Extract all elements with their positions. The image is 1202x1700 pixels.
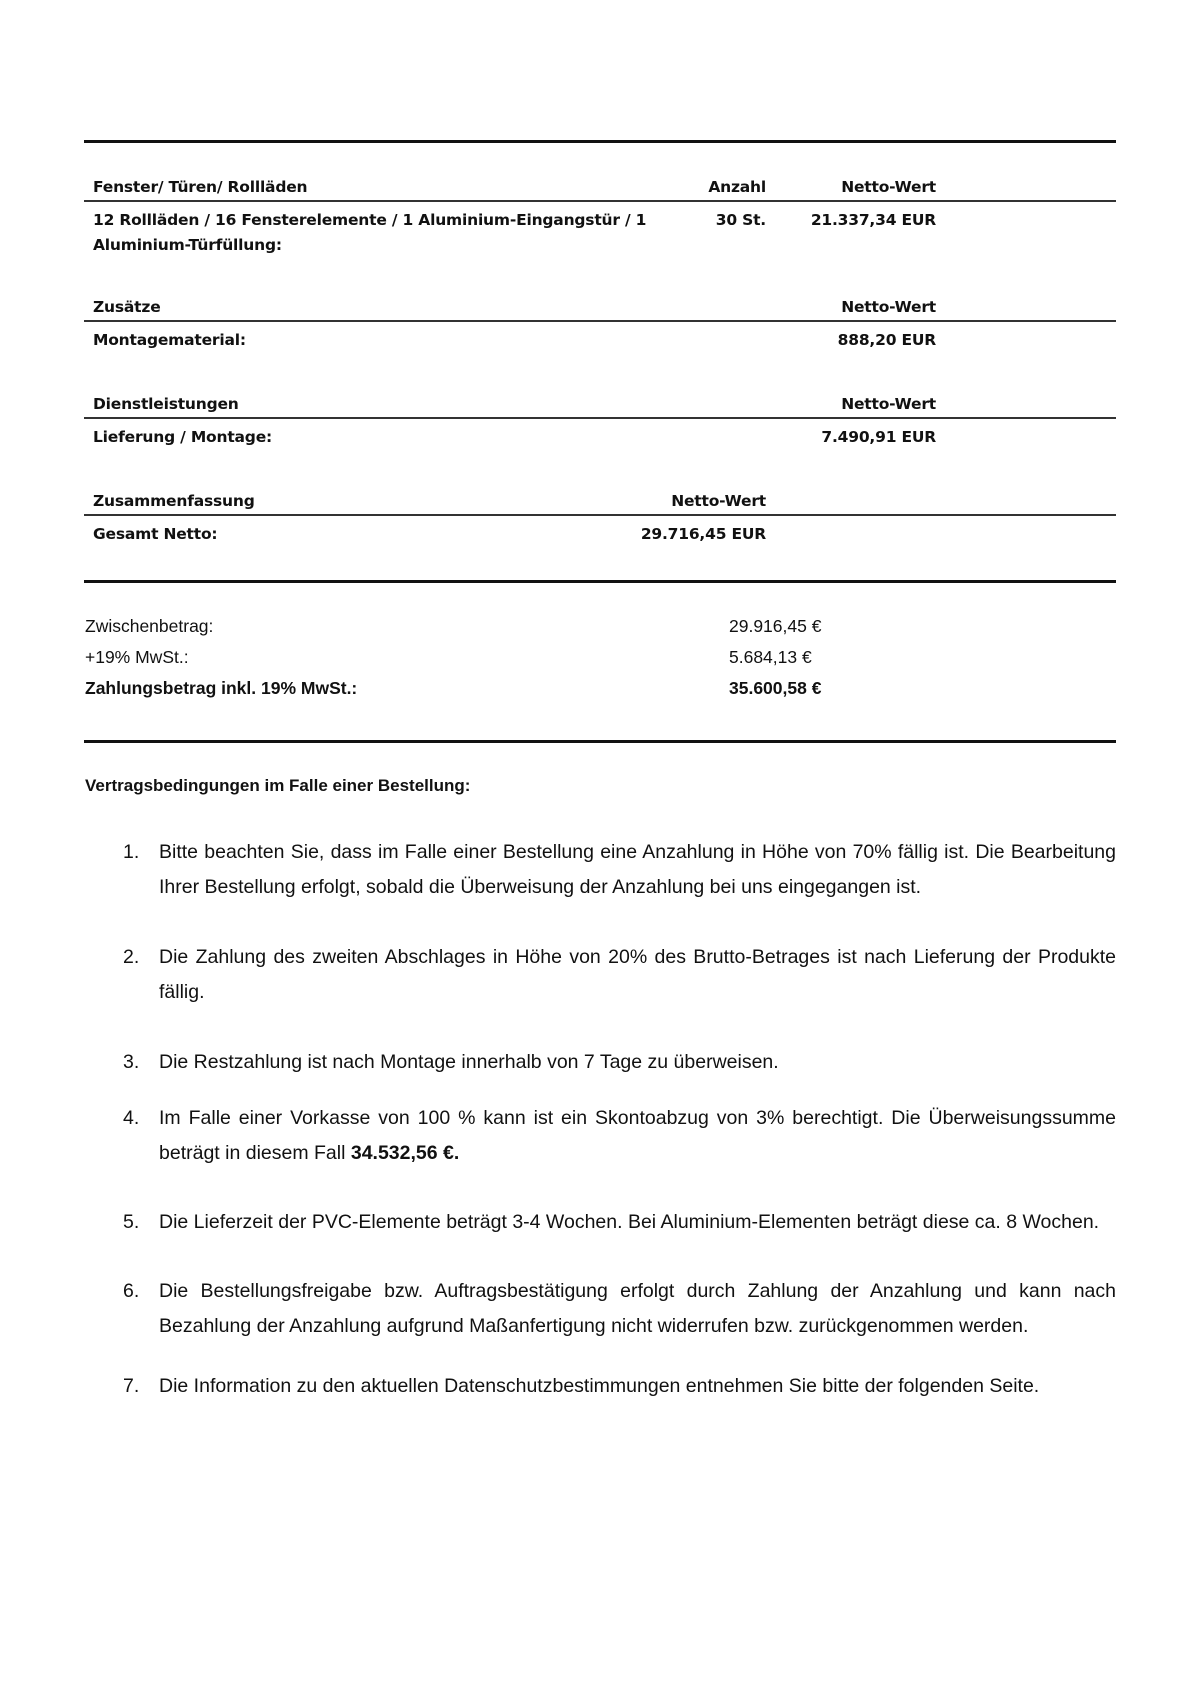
terms-item-text: Die Bestellungsfreigabe bzw. Auftragsbes… — [159, 1274, 1116, 1344]
extras-header-label: Zusätze — [93, 298, 161, 316]
terms-item-text: Die Lieferzeit der PVC-Elemente beträgt … — [159, 1205, 1116, 1240]
terms-item-text: Die Zahlung des zweiten Abschlages in Hö… — [159, 940, 1116, 1010]
products-header-label: Fenster/ Türen/ Rollläden — [93, 178, 307, 196]
total-value: 35.600,58 € — [729, 678, 821, 699]
summary-item-value: 29.716,45 EUR — [600, 525, 766, 543]
products-value-header: Netto-Wert — [770, 178, 936, 196]
products-item-qty: 30 St. — [600, 211, 766, 229]
terms-item-number: 6. — [123, 1274, 139, 1309]
terms-item-text: Im Falle einer Vorkasse von 100 % kann i… — [159, 1101, 1116, 1171]
subtotal-value: 29.916,45 € — [729, 616, 821, 637]
products-item-label-line1: 12 Rollläden / 16 Fensterelemente / 1 Al… — [93, 211, 646, 229]
products-item-value: 21.337,34 EUR — [770, 211, 936, 229]
extras-item-value: 888,20 EUR — [770, 331, 936, 349]
vat-label: +19% MwSt.: — [85, 647, 189, 668]
terms-item-text: Die Restzahlung ist nach Montage innerha… — [159, 1045, 1116, 1080]
subtotal-label: Zwischenbetrag: — [85, 616, 213, 637]
products-header-rule — [84, 200, 1116, 202]
terms-item-text: Bitte beachten Sie, dass im Falle einer … — [159, 835, 1116, 905]
total-label: Zahlungsbetrag inkl. 19% MwSt.: — [85, 678, 357, 699]
terms-item-number: 3. — [123, 1045, 139, 1080]
summary-header-label: Zusammenfassung — [93, 492, 255, 510]
services-header-label: Dienstleistungen — [93, 395, 239, 413]
terms-item-number: 7. — [123, 1369, 139, 1404]
extras-value-header: Netto-Wert — [770, 298, 936, 316]
top-divider — [84, 140, 1116, 143]
summary-item-label: Gesamt Netto: — [93, 525, 217, 543]
terms-heading: Vertragsbedingungen im Falle einer Beste… — [85, 776, 470, 796]
summary-value-header: Netto-Wert — [600, 492, 766, 510]
extras-item-label: Montagematerial: — [93, 331, 246, 349]
products-qty-header: Anzahl — [600, 178, 766, 196]
terms-item-text-main: Im Falle einer Vorkasse von 100 % kann i… — [159, 1107, 1116, 1164]
totals-bottom-divider — [84, 740, 1116, 743]
services-value-header: Netto-Wert — [770, 395, 936, 413]
discount-amount: 34.532,56 €. — [351, 1142, 459, 1164]
totals-top-divider — [84, 580, 1116, 583]
extras-header-rule — [84, 320, 1116, 322]
vat-value: 5.684,13 € — [729, 647, 812, 668]
terms-item-number: 1. — [123, 835, 139, 870]
terms-item-number: 2. — [123, 940, 139, 975]
products-item-label-line2: Aluminium-Türfüllung: — [93, 236, 282, 254]
services-item-value: 7.490,91 EUR — [770, 428, 936, 446]
terms-item-number: 4. — [123, 1101, 139, 1136]
terms-item-number: 5. — [123, 1205, 139, 1240]
terms-item-text: Die Information zu den aktuellen Datensc… — [159, 1369, 1116, 1404]
summary-header-rule — [84, 514, 1116, 516]
services-item-label: Lieferung / Montage: — [93, 428, 272, 446]
services-header-rule — [84, 417, 1116, 419]
